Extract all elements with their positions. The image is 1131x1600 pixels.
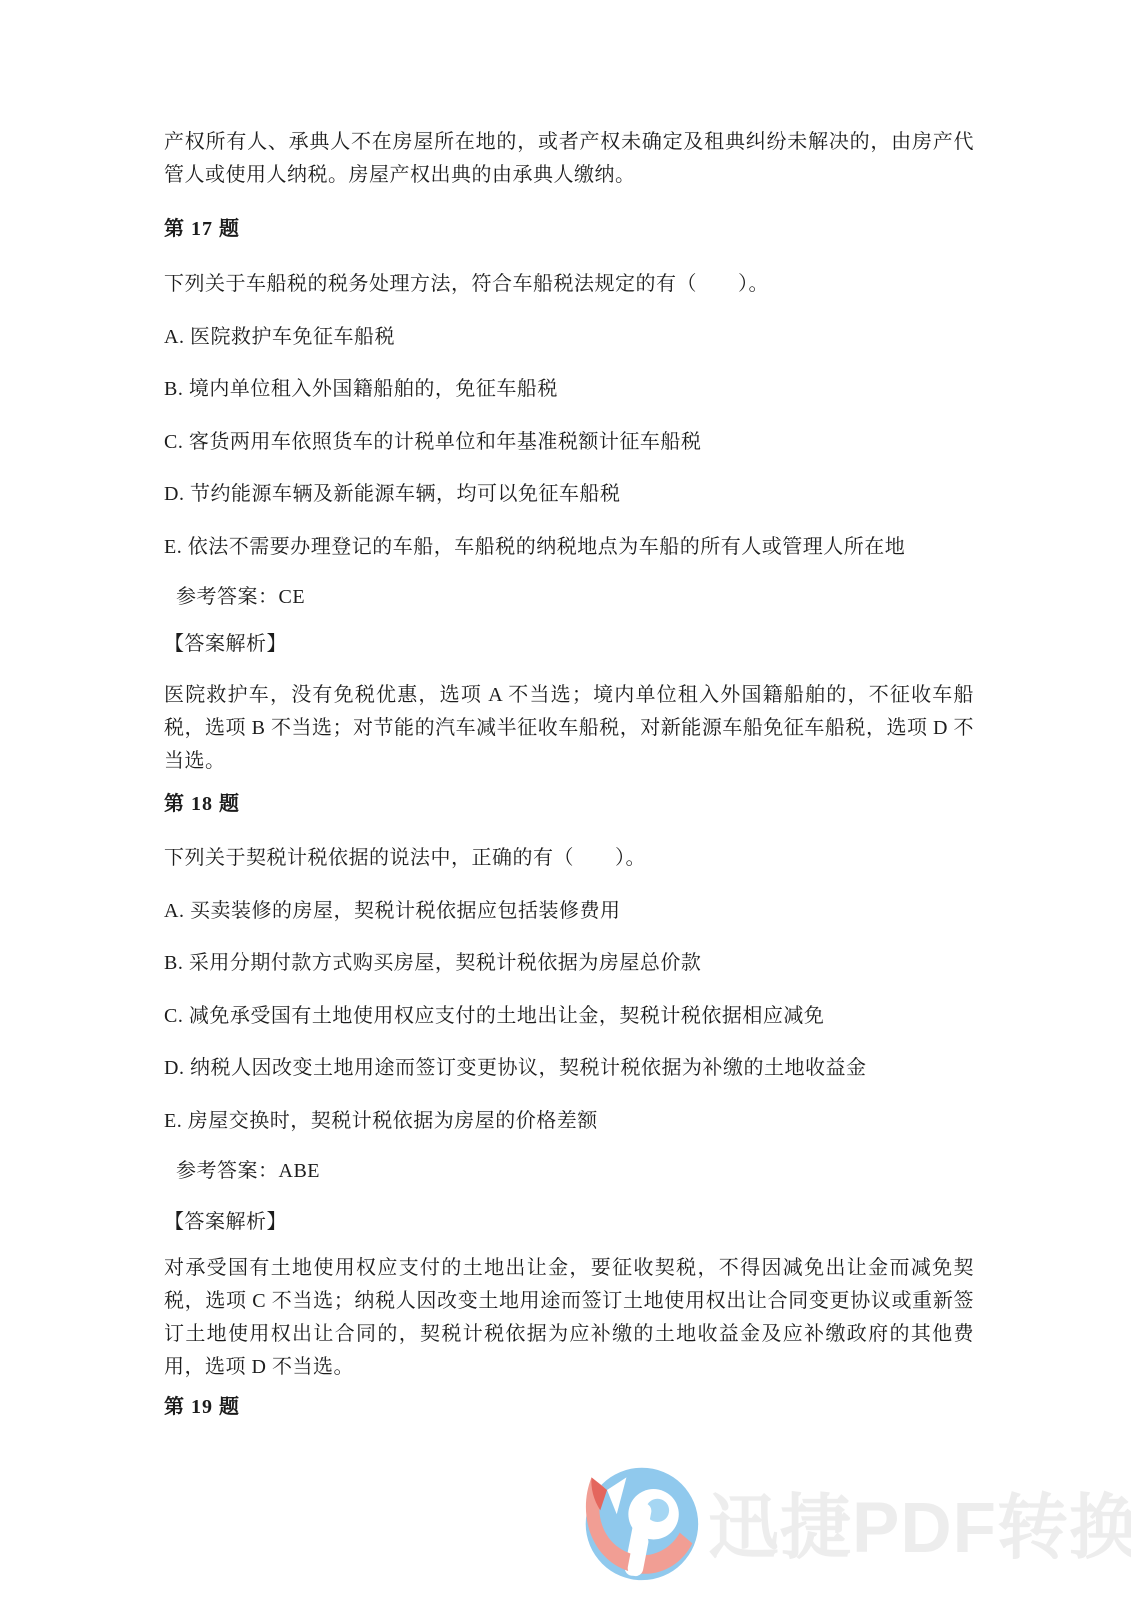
question-17-option-c: C. 客货两用车依照货车的计税单位和年基准税额计征车船税 bbox=[164, 426, 974, 459]
question-17-reference-answer: 参考答案：CE bbox=[176, 581, 974, 614]
question-18-option-b: B. 采用分期付款方式购买房屋，契税计税依据为房屋总价款 bbox=[164, 947, 974, 980]
question-17-option-a: A. 医院救护车免征车船税 bbox=[164, 321, 974, 354]
question-17-option-b: B. 境内单位租入外国籍船舶的，免征车船税 bbox=[164, 373, 974, 406]
pdf-converter-logo-icon bbox=[576, 1458, 704, 1586]
question-18-stem: 下列关于契税计税依据的说法中，正确的有（ ）。 bbox=[164, 842, 974, 875]
question-17-analysis: 医院救护车，没有免税优惠，选项 A 不当选；境内单位租入外国籍船舶的，不征收车船… bbox=[164, 679, 974, 778]
question-18-analysis-title: 【答案解析】 bbox=[164, 1206, 974, 1239]
question-17-analysis-title: 【答案解析】 bbox=[164, 628, 974, 661]
question-18-option-e: E. 房屋交换时，契税计税依据为房屋的价格差额 bbox=[164, 1105, 974, 1138]
watermark-text: 迅捷PDF转换器 bbox=[708, 1471, 1131, 1573]
intro-paragraph: 产权所有人、承典人不在房屋所在地的，或者产权未确定及租典纠纷未解决的，由房产代管… bbox=[164, 126, 974, 192]
question-18-option-c: C. 减免承受国有土地使用权应支付的土地出让金，契税计税依据相应减免 bbox=[164, 1000, 974, 1033]
question-19-title: 第 19 题 bbox=[164, 1391, 974, 1424]
question-17-option-e: E. 依法不需要办理登记的车船，车船税的纳税地点为车船的所有人或管理人所在地 bbox=[164, 531, 974, 564]
question-17-stem: 下列关于车船税的税务处理方法，符合车船税法规定的有（ ）。 bbox=[164, 268, 974, 301]
pdf-page: 产权所有人、承典人不在房屋所在地的，或者产权未确定及租典纠纷未解决的，由房产代管… bbox=[0, 0, 1131, 1600]
question-17-option-d: D. 节约能源车辆及新能源车辆，均可以免征车船税 bbox=[164, 478, 974, 511]
question-18-option-d: D. 纳税人因改变土地用途而签订变更协议，契税计税依据为补缴的土地收益金 bbox=[164, 1052, 974, 1085]
watermark: 迅捷PDF转换器 bbox=[576, 1452, 1121, 1592]
question-18-reference-answer: 参考答案：ABE bbox=[176, 1155, 974, 1188]
question-17-title: 第 17 题 bbox=[164, 213, 974, 246]
question-18-option-a: A. 买卖装修的房屋，契税计税依据应包括装修费用 bbox=[164, 895, 974, 928]
question-18-title: 第 18 题 bbox=[164, 788, 974, 821]
question-18-analysis: 对承受国有土地使用权应支付的土地出让金，要征收契税，不得因减免出让金而减免契税，… bbox=[164, 1252, 974, 1384]
